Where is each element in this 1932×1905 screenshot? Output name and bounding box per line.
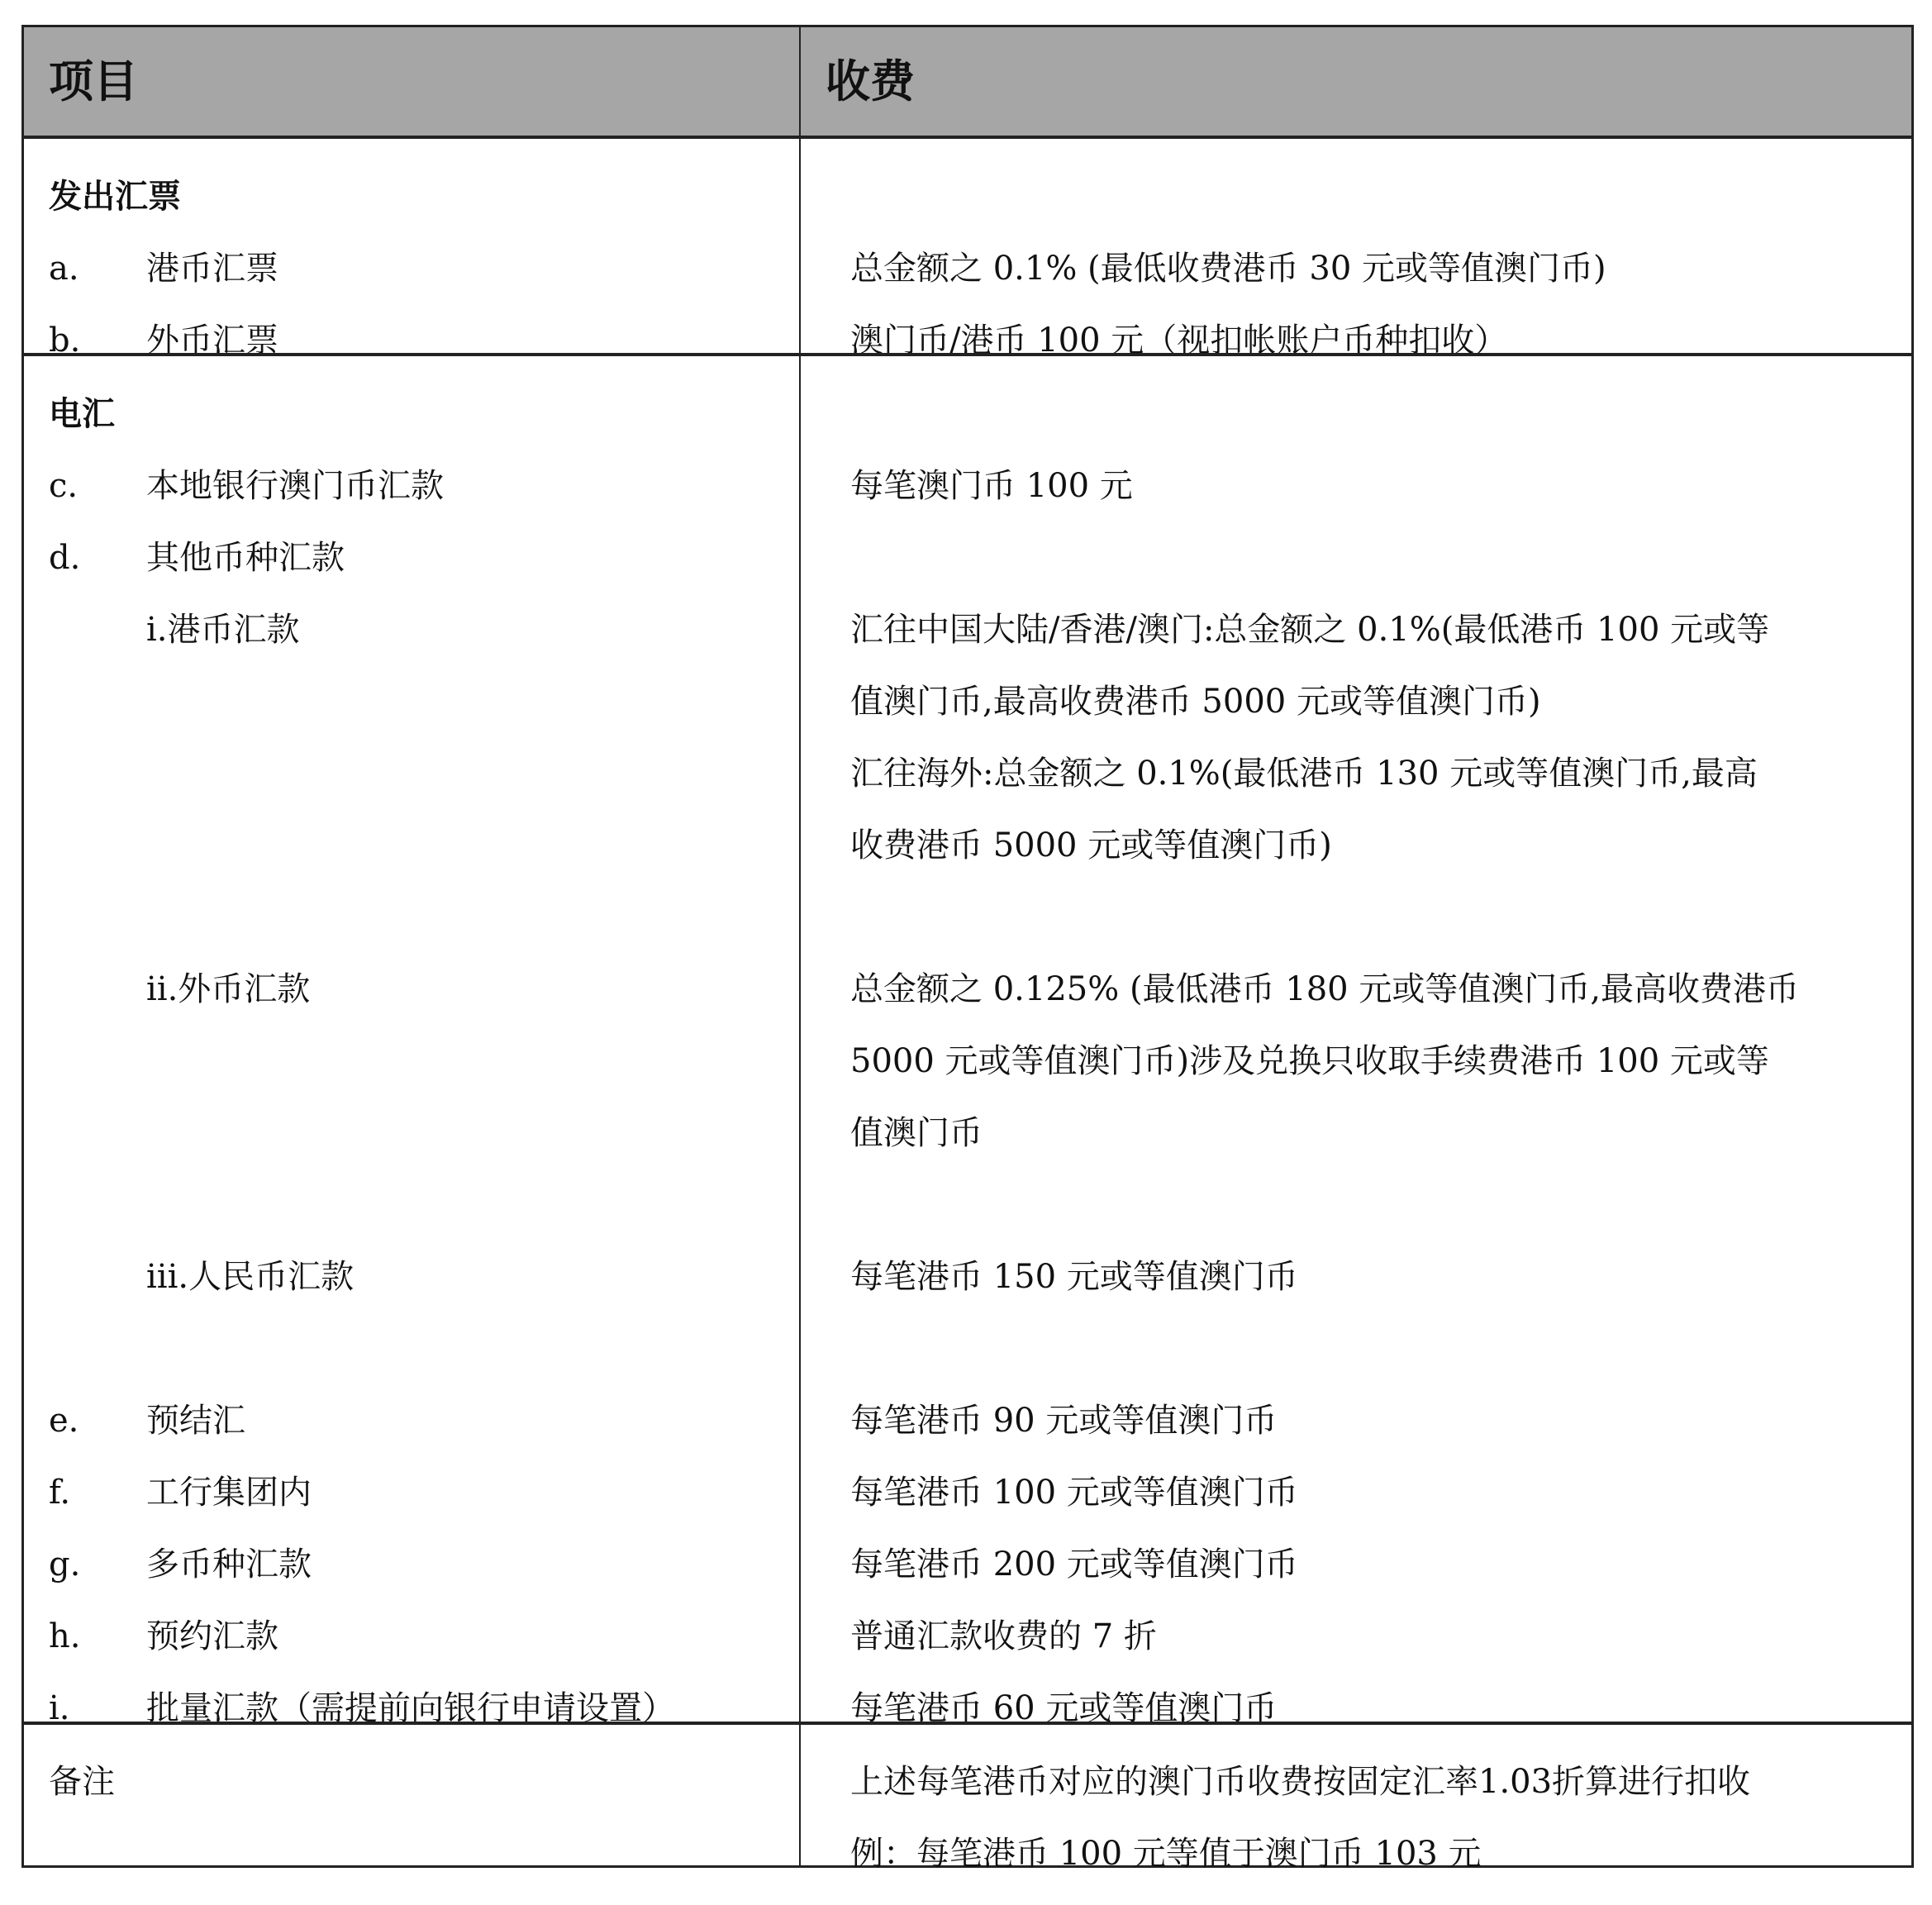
table-row: iii.人民币汇款 (49, 1241, 792, 1313)
row-item: i.港币汇款 (146, 594, 300, 666)
row-fee: 汇往中国大陆/香港/澳门:总金额之 0.1%(最低港币 100 元或等 值澳门币… (850, 594, 1908, 882)
table-row: g. 多币种汇款 (49, 1529, 792, 1601)
table-row: e. 预结汇 (49, 1385, 792, 1457)
row-item: 其他币种汇款 (146, 522, 345, 594)
table-row: h. 预约汇款 (49, 1601, 792, 1673)
row-label: h. (49, 1601, 80, 1673)
table-row: c. 本地银行澳门币汇款 (49, 450, 792, 522)
divider (24, 1722, 1911, 1725)
row-fee: 每笔港币 60 元或等值澳门币 (850, 1673, 1908, 1745)
section-title-telegraphic: 电汇 (49, 379, 115, 450)
row-label: e. (49, 1385, 79, 1457)
row-fee: 每笔港币 150 元或等值澳门币 (850, 1241, 1908, 1313)
row-label: g. (49, 1529, 80, 1601)
row-item: 港币汇票 (146, 233, 278, 305)
row-item: 预结汇 (146, 1385, 245, 1457)
table-header: 项目 收费 (24, 27, 1911, 136)
row-fee: 每笔港币 90 元或等值澳门币 (850, 1385, 1908, 1457)
row-item: 本地银行澳门币汇款 (146, 450, 444, 522)
row-item: ii.外币汇款 (146, 954, 310, 1026)
row-fee: 总金额之 0.1% (最低收费港币 30 元或等值澳门币) (850, 233, 1908, 305)
column-divider (799, 27, 801, 1865)
row-fee: 澳门币/港币 100 元（视扣帐账户币种扣收） (850, 305, 1908, 377)
row-item: 多币种汇款 (146, 1529, 312, 1601)
table-row: i. 批量汇款（需提前向银行申请设置） (49, 1673, 792, 1745)
table-row: a. 港币汇票 (49, 233, 792, 305)
row-fee: 每笔澳门币 100 元 (850, 450, 1908, 522)
table-row: ii.外币汇款 (49, 954, 792, 1026)
header-fee: 收费 (826, 27, 915, 136)
row-item: 批量汇款（需提前向银行申请设置） (146, 1673, 675, 1745)
row-fee: 每笔港币 100 元或等值澳门币 (850, 1457, 1908, 1529)
section-title-remarks: 备注 (49, 1746, 115, 1818)
row-label: b. (49, 305, 80, 377)
row-item: 工行集团内 (146, 1457, 312, 1529)
remarks-text: 上述每笔港币对应的澳门币收费按固定汇率1.03折算进行扣收 例：每笔港币 100… (850, 1746, 1908, 1890)
table-row: i.港币汇款 (49, 594, 792, 666)
row-item: 预约汇款 (146, 1601, 278, 1673)
table-row: b. 外币汇票 (49, 305, 792, 377)
row-label: d. (49, 522, 80, 594)
divider (24, 136, 1911, 139)
row-fee: 总金额之 0.125% (最低港币 180 元或等值澳门币,最高收费港币 500… (850, 954, 1908, 1169)
divider (24, 353, 1911, 356)
row-label: f. (49, 1457, 70, 1529)
table-row: d. 其他币种汇款 (49, 522, 792, 594)
row-label: a. (49, 233, 79, 305)
section-title-drafts: 发出汇票 (49, 161, 181, 233)
table-row: f. 工行集团内 (49, 1457, 792, 1529)
row-item: iii.人民币汇款 (146, 1241, 354, 1313)
header-item: 项目 (49, 27, 138, 136)
row-label: c. (49, 450, 78, 522)
fee-table: 项目 收费 发出汇票 a. 港币汇票 总金额之 0.1% (最低收费港币 30 … (21, 25, 1914, 1868)
row-item: 外币汇票 (146, 305, 278, 377)
row-label: i. (49, 1673, 70, 1745)
row-fee: 每笔港币 200 元或等值澳门币 (850, 1529, 1908, 1601)
row-fee: 普通汇款收费的 7 折 (850, 1601, 1908, 1673)
